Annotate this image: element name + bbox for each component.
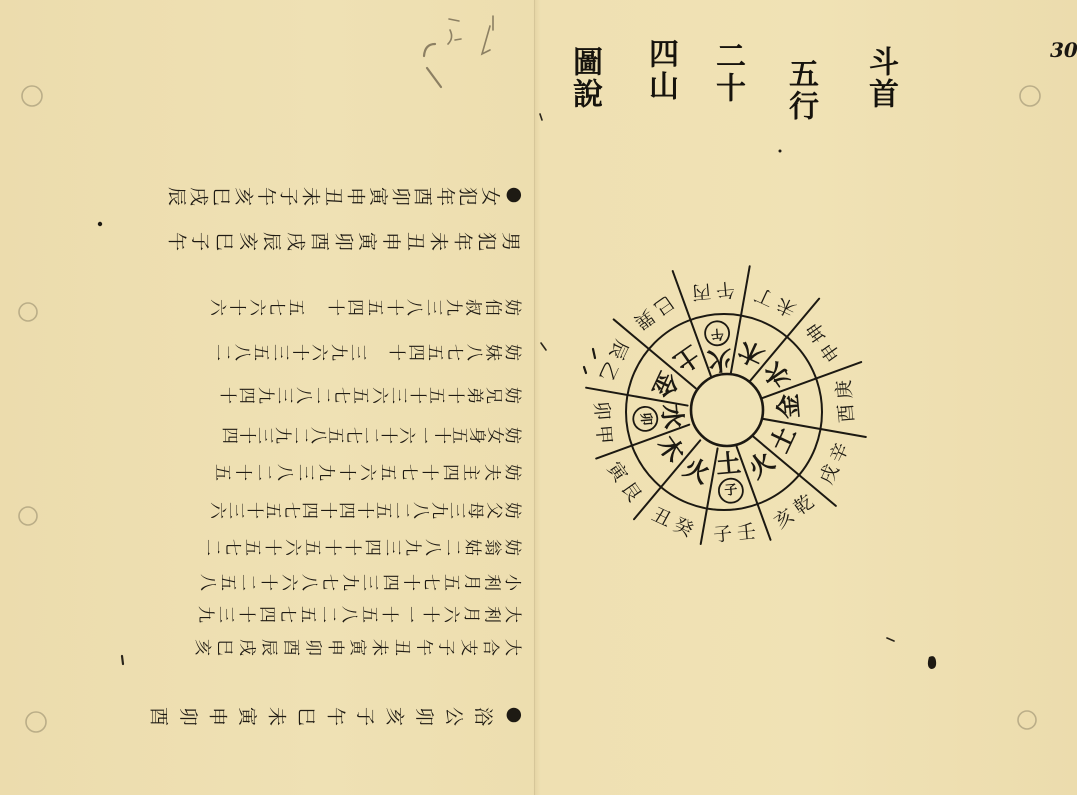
mountain-label: 辰	[605, 336, 633, 363]
compass-diagram: 丙 午 火 午 丁 未 木 坤 申 水 庚 酉 金	[586, 266, 866, 546]
punch-hole	[1020, 86, 1040, 106]
mountain-label: 丙	[691, 280, 712, 304]
sector-xin-xu: 辛 戌 土	[761, 414, 854, 488]
punch-hole	[26, 712, 46, 732]
sector-ding-wei: 丁 未 木	[726, 282, 800, 375]
element-label: 水	[657, 403, 688, 430]
show-through-marks	[424, 16, 493, 87]
mountain-label: 戌	[816, 461, 844, 488]
mountain-label: 坤	[803, 318, 832, 346]
center-circle	[691, 374, 763, 446]
ink-speck	[98, 222, 102, 226]
element-label: 土	[715, 448, 742, 479]
mountain-label: 甲	[592, 424, 616, 445]
mountain-label: 卯	[590, 400, 614, 421]
mountain-label: 未	[773, 293, 800, 321]
element-label: 金	[773, 393, 804, 420]
mountain-label: 癸	[670, 514, 697, 542]
mountain-label: 艮	[616, 478, 645, 506]
mountain-label: 丑	[648, 504, 675, 532]
mountain-label: 巽	[629, 304, 658, 333]
mountain-label: 壬	[736, 521, 757, 545]
diagram-layer: 丙 午 火 午 丁 未 木 坤 申 水 庚 酉 金	[0, 0, 1077, 795]
mountain-label: 午	[715, 278, 736, 302]
punch-hole	[1018, 711, 1036, 729]
mountain-label: 辛	[826, 439, 854, 466]
circled-mark: 子	[724, 483, 738, 499]
ink-blot	[928, 656, 936, 669]
sector-yi-chen: 乙 辰 金	[594, 336, 687, 410]
manuscript-spread: 斗首 五行 二十 四山 圖說 30 ●女犯年酉卯寅申丑未子午亥巳戌辰 男犯年未丑…	[0, 0, 1077, 795]
binding-holes	[19, 86, 1040, 732]
element-label: 火	[706, 345, 733, 376]
ink-speck	[779, 150, 782, 153]
sector-geng-you: 庚 酉 金	[772, 379, 858, 429]
mountain-label: 子	[712, 523, 733, 547]
punch-hole	[19, 507, 37, 525]
sector-xun-si: 巽 巳 土	[629, 291, 712, 384]
circled-mark: 午	[710, 325, 724, 342]
mountain-label: 庚	[833, 379, 857, 400]
sector-gui-chou: 癸 丑 火	[648, 449, 722, 542]
punch-hole	[19, 303, 37, 321]
stray-marks	[98, 114, 936, 669]
punch-hole	[22, 86, 42, 106]
mountain-label: 酉	[835, 403, 859, 424]
mountain-label: 乾	[790, 491, 818, 520]
circled-mark: 卯	[637, 412, 654, 426]
mountain-label: 乙	[594, 358, 622, 385]
mountain-label: 丁	[751, 282, 778, 310]
